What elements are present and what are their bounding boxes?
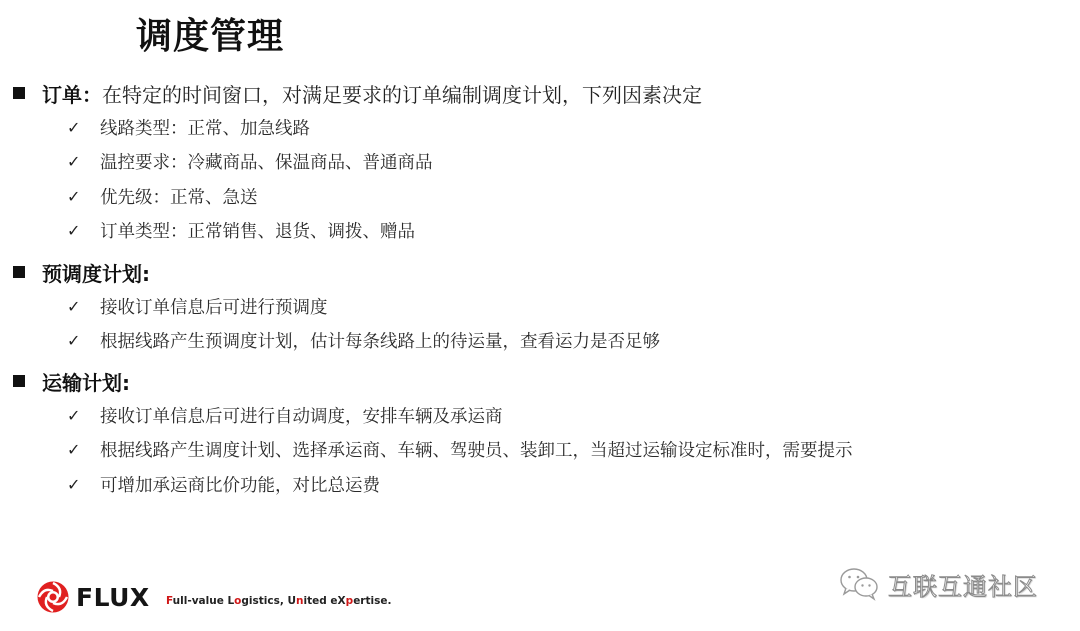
slogan-part: n: [296, 595, 303, 607]
section-label: 订单：在特定的时间窗口，对满足要求的订单编制调度计划，下列因素决定: [42, 79, 702, 108]
slogan-part: U: [288, 595, 297, 607]
checkmark-icon: ✓: [67, 118, 80, 137]
list-item: ✓ 线路类型：正常、加急线路: [0, 110, 1080, 145]
section-orders: 订单：在特定的时间窗口，对满足要求的订单编制调度计划，下列因素决定 ✓ 线路类型…: [0, 76, 1080, 248]
watermark-text: 互联互通社区: [888, 567, 1038, 602]
list-item: ✓ 根据线路产生调度计划、选择承运商、车辆、驾驶员、装卸工，当超过运输设定标准时…: [0, 433, 1080, 468]
checkmark-icon: ✓: [67, 297, 80, 316]
list-item-text: 根据线路产生调度计划、选择承运商、车辆、驾驶员、装卸工，当超过运输设定标准时，需…: [100, 437, 853, 462]
section-header: 预调度计划:: [0, 255, 1080, 289]
slogan-part: ertise.: [353, 595, 391, 607]
section-transport-plan: 运输计划: ✓ 接收订单信息后可进行自动调度，安排车辆及承运商 ✓ 根据线路产生…: [0, 364, 1080, 502]
slogan-part: ited eX: [304, 595, 346, 607]
list-item: ✓ 接收订单信息后可进行自动调度，安排车辆及承运商: [0, 398, 1080, 433]
checkmark-icon: ✓: [67, 440, 80, 459]
wechat-watermark: 互联互通社区: [838, 566, 1038, 602]
list-item-text: 订单类型：正常销售、退货、调拨、赠品: [100, 218, 415, 243]
square-bullet-icon: [13, 87, 25, 99]
section-label: 预调度计划:: [42, 258, 150, 287]
list-item-text: 接收订单信息后可进行自动调度，安排车辆及承运商: [100, 403, 503, 428]
slogan-part: F: [166, 595, 173, 607]
checkmark-icon: ✓: [67, 187, 80, 206]
square-bullet-icon: [13, 266, 25, 278]
list-item: ✓ 可增加承运商比价功能，对比总运费: [0, 467, 1080, 502]
list-item-text: 根据线路产生预调度计划，估计每条线路上的待运量，查看运力是否足够: [100, 328, 660, 353]
section-header: 订单：在特定的时间窗口，对满足要求的订单编制调度计划，下列因素决定: [0, 76, 1080, 110]
brand-slogan: Full-value Logistics, United eXpertise.: [166, 595, 391, 607]
checkmark-icon: ✓: [67, 221, 80, 240]
section-label: 运输计划:: [42, 367, 130, 396]
flux-swirl-logo-icon: [36, 580, 70, 614]
list-item-text: 接收订单信息后可进行预调度: [100, 294, 328, 319]
checkmark-icon: ✓: [67, 152, 80, 171]
list-item-text: 线路类型：正常、加急线路: [100, 115, 310, 140]
list-item-text: 可增加承运商比价功能，对比总运费: [100, 472, 380, 497]
section-pre-dispatch: 预调度计划: ✓ 接收订单信息后可进行预调度 ✓ 根据线路产生预调度计划，估计每…: [0, 255, 1080, 358]
brand-name: FLUX: [76, 583, 150, 612]
list-item: ✓ 根据线路产生预调度计划，估计每条线路上的待运量，查看运力是否足够: [0, 324, 1080, 359]
wechat-icon: [838, 566, 882, 602]
slogan-part: gistics,: [241, 595, 287, 607]
checkmark-icon: ✓: [67, 331, 80, 350]
checkmark-icon: ✓: [67, 475, 80, 494]
section-description: 在特定的时间窗口，对满足要求的订单编制调度计划，下列因素决定: [102, 83, 702, 107]
list-item: ✓ 接收订单信息后可进行预调度: [0, 289, 1080, 324]
list-item: ✓ 订单类型：正常销售、退货、调拨、赠品: [0, 214, 1080, 249]
section-header: 运输计划:: [0, 364, 1080, 398]
slide-title: 调度管理: [136, 8, 284, 59]
section-label-bold: 订单：: [42, 83, 102, 107]
flux-logo: FLUX: [36, 580, 150, 614]
checkmark-icon: ✓: [67, 406, 80, 425]
square-bullet-icon: [13, 375, 25, 387]
slogan-part: ull-value: [173, 595, 228, 607]
list-item-text: 温控要求：冷藏商品、保温商品、普通商品: [100, 149, 433, 174]
list-item: ✓ 温控要求：冷藏商品、保温商品、普通商品: [0, 145, 1080, 180]
list-item: ✓ 优先级：正常、急送: [0, 179, 1080, 214]
list-item-text: 优先级：正常、急送: [100, 184, 258, 209]
